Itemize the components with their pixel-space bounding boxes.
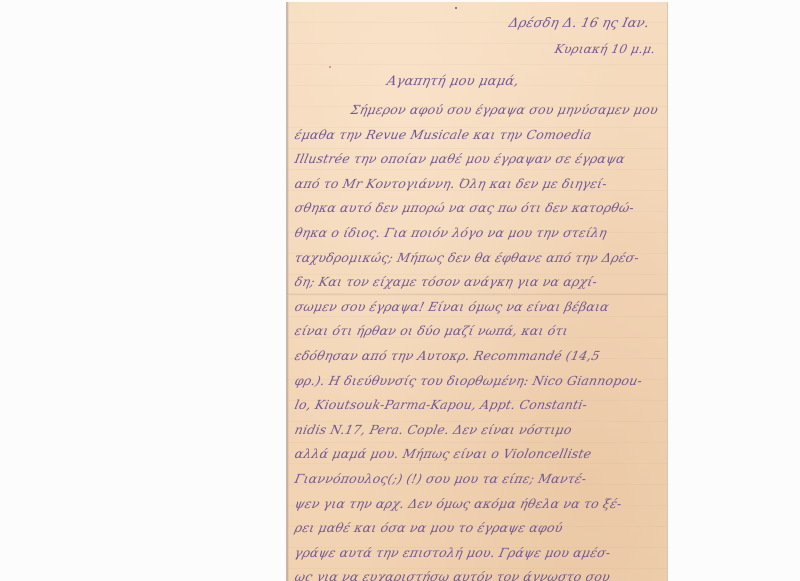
letter-line: Σήμερον αφού σου έγραψα σου μηνύσαμεν μο… <box>349 102 659 117</box>
letter-line: Γιαννόπουλος(;) (!) σου μου τα είπε; Μαν… <box>293 471 588 486</box>
letter-line: φρ.). Η διεύθυνσίς του διορθωμένη: Nico … <box>293 373 643 388</box>
letter-line: εδόθησαν από την Αυτοκρ. Recommandé (14,… <box>293 348 601 363</box>
letter-salutation: Αγαπητή μου μαμά, <box>385 74 520 89</box>
letter-line: σθηκα αυτό δεν μπορώ να σας πω ότι δεν κ… <box>293 200 635 215</box>
letter-line: γράψε αυτά την επιστολή μου. Γράψε μου α… <box>293 545 612 560</box>
letter-line: nidis N.17, Pera. Cople. Δεν είναι νόστι… <box>293 422 573 437</box>
letter-time: Κυριακή 10 μ.μ. <box>554 42 657 56</box>
letter-line: σωμεν σου έγραψα! Είναι όμως να είναι βέ… <box>293 299 610 314</box>
letter-line: ρει μαθέ και όσα να μου το έγραψε αφού <box>293 520 564 535</box>
letter-line: ως για να ευχαριστήσω αυτόν τον άγνωστο … <box>293 569 611 581</box>
ink-dot <box>455 7 457 9</box>
letter-line: έμαθα την Revue Musicale και την Comoedi… <box>293 127 593 142</box>
letter-line: lo, Kioutsouk-Parma-Kapou, Appt. Constan… <box>293 397 588 412</box>
letter-line: θηκα ο ίδιος. Για ποιόν λόγο να μου την … <box>293 225 608 240</box>
letter-line: ταχυδρομικώς; Μήπως δεν θα έφθανε από τη… <box>293 250 640 265</box>
letter-line: Illustrée την οποίαν μαθέ μου έγραψαν σε… <box>293 151 626 166</box>
letter-line: αλλά μαμά μου. Μήπως είναι ο Violoncelli… <box>293 446 593 461</box>
page-edge-shadow <box>287 2 289 581</box>
letter-line: ψεν για την αρχ. Δεν όμως ακόμα ήθελα να… <box>293 496 623 511</box>
letter-line: δη; Και τον είχαμε τόσον ανάγκη για να α… <box>293 274 598 289</box>
letter-date: Δρέσδη Δ. 16 ης Ιαν. <box>507 16 650 31</box>
letter-line: από το Μr Κοντογιάννη. Όλη και δεν με δι… <box>293 176 608 191</box>
paper-speck <box>329 66 331 68</box>
letter-page: Δρέσδη Δ. 16 ης Ιαν. Κυριακή 10 μ.μ. Αγα… <box>287 2 667 581</box>
letter-line: είναι ότι ήρθαν οι δύο μαζί νωπά, και ότ… <box>293 323 569 338</box>
paper-fold-line <box>287 293 667 296</box>
